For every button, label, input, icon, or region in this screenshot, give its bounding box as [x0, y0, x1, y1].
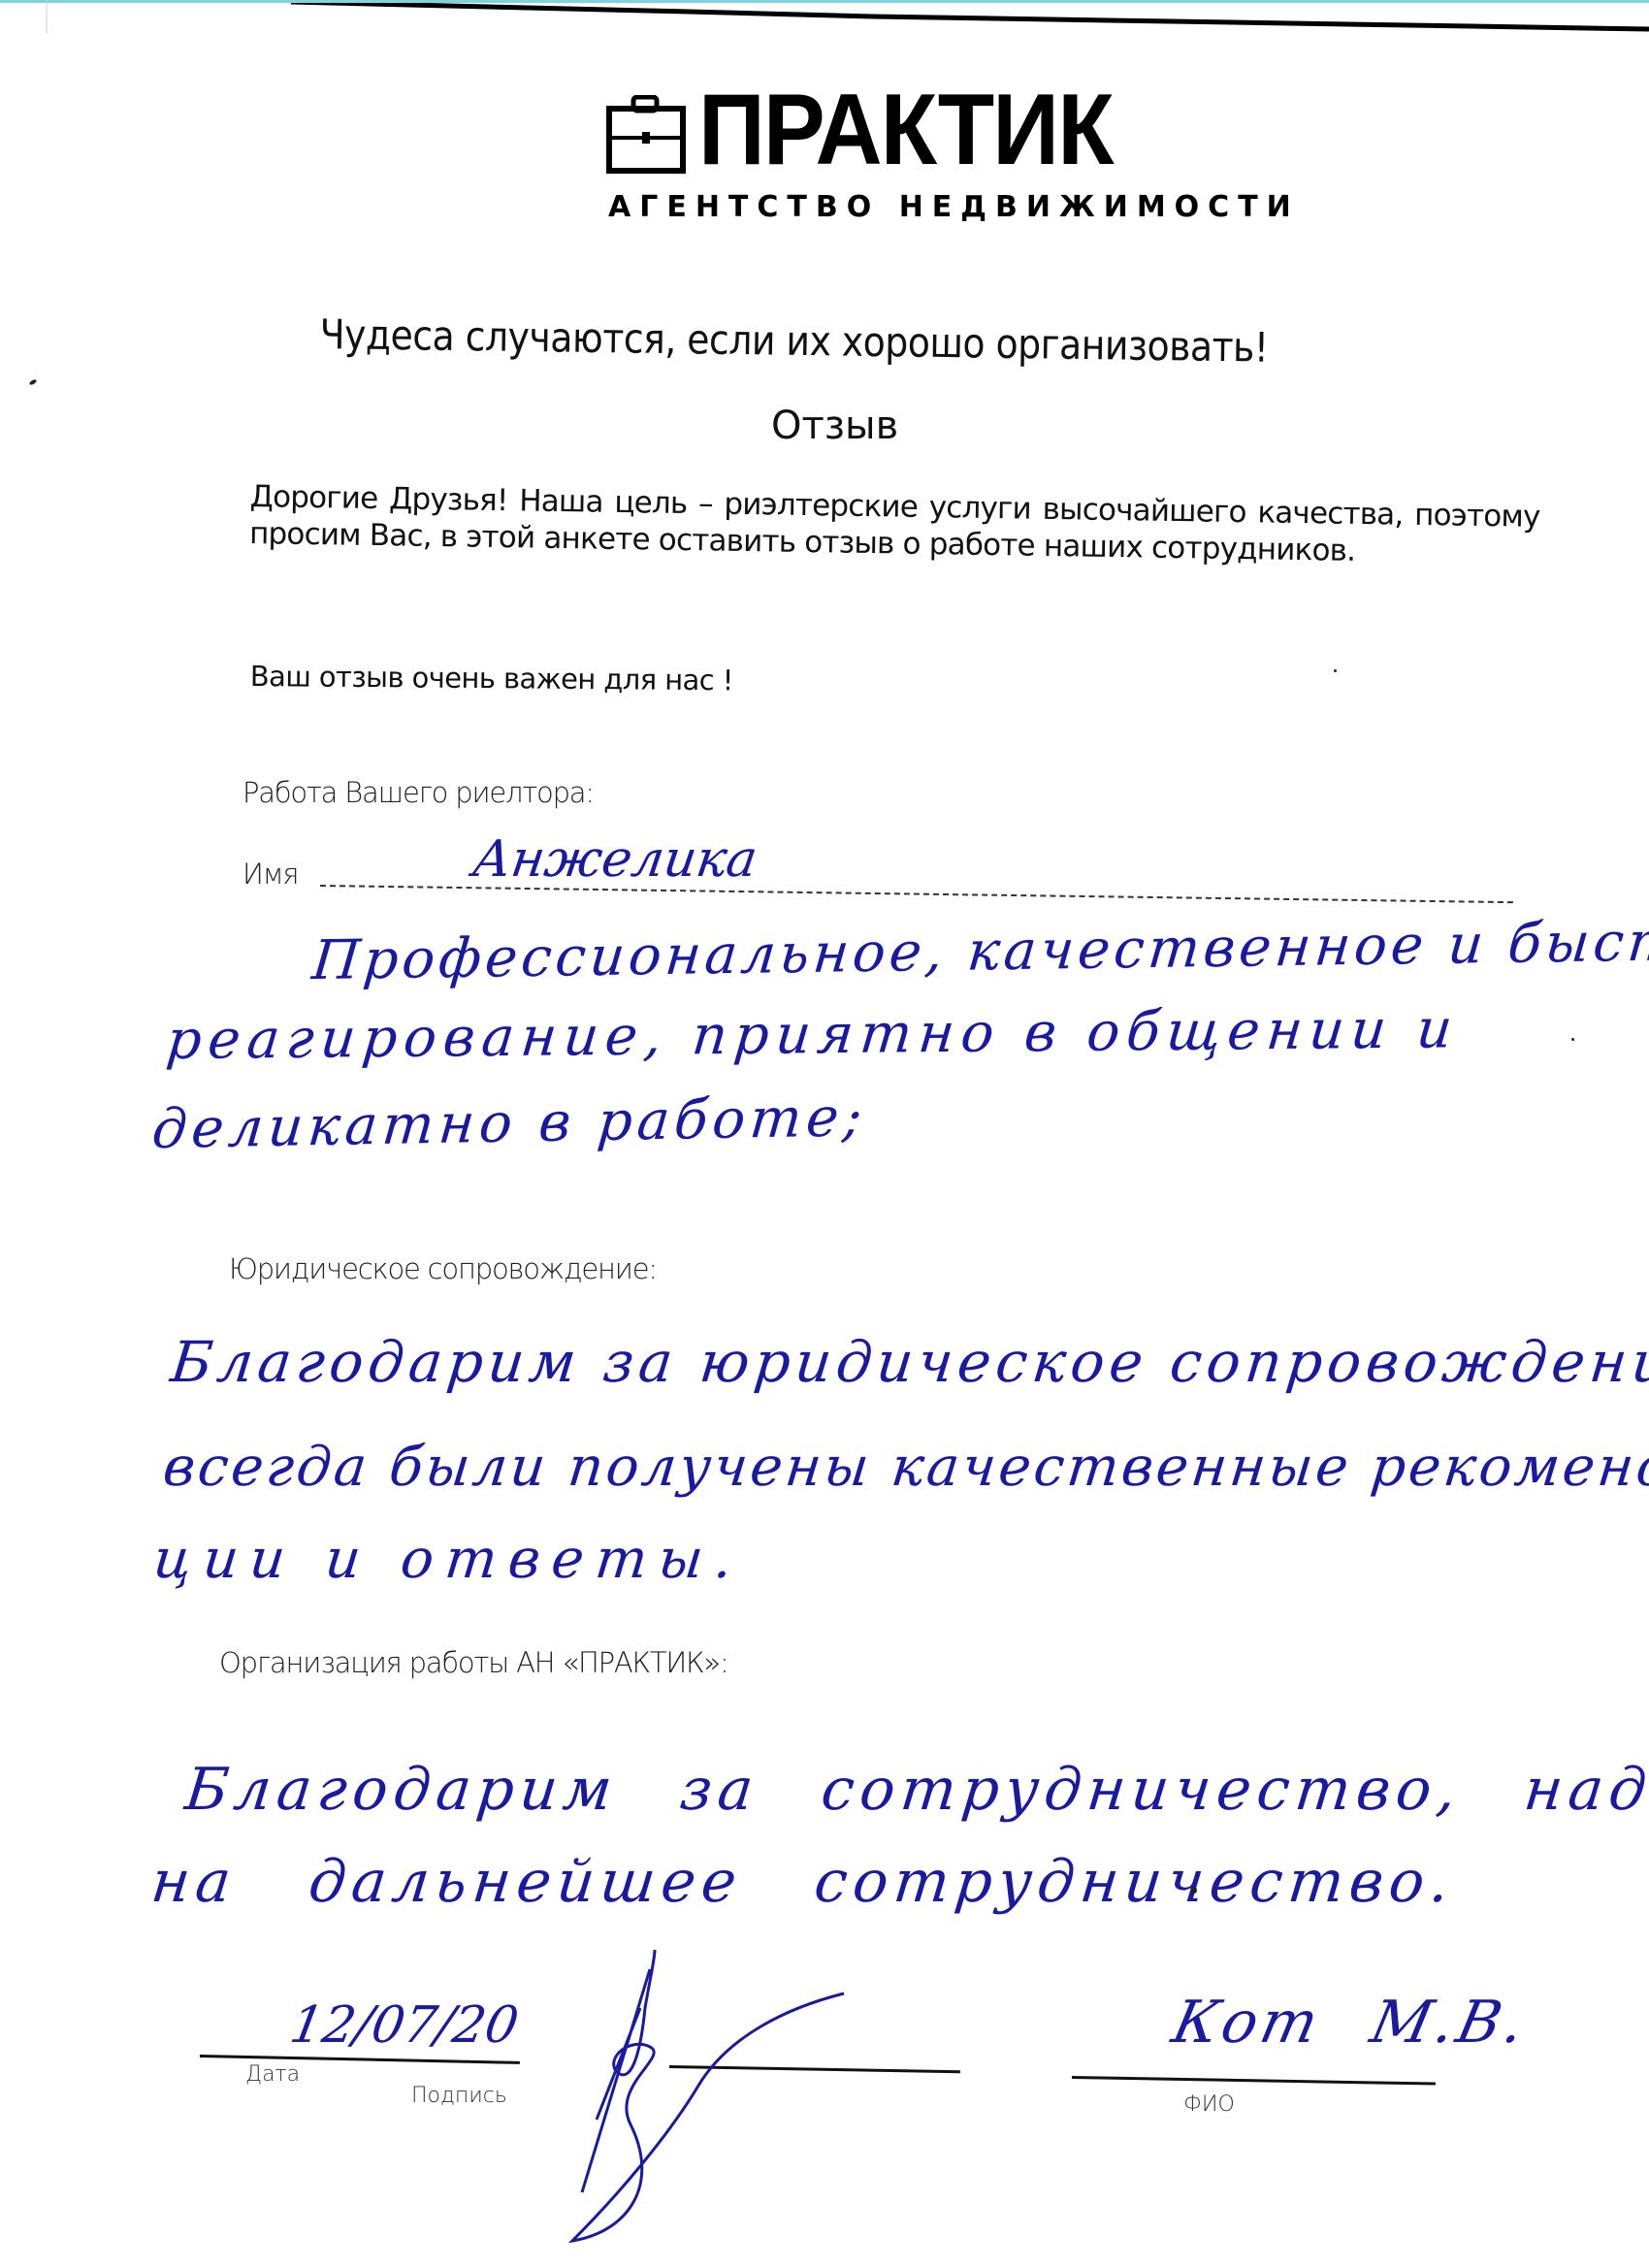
intro-emphasis: Ваш отзыв очень важен для нас !: [250, 660, 733, 697]
slogan: Чудеса случаются, если их хорошо организ…: [319, 310, 1513, 374]
realtor-section-label: Работа Вашего риелтора:: [242, 776, 594, 809]
legal-feedback-line-2: всегда были получены качественные рекоме…: [160, 1436, 1649, 1499]
organization-feedback-line-1: Благодарим за сотрудничество, надеемся: [182, 1756, 1649, 1824]
scan-speck: [29, 378, 38, 385]
handwritten-signature: [378, 1950, 960, 2260]
realtor-feedback-line-2: реагирование, приятно в общении и: [164, 997, 1462, 1072]
fio-value: Кот М.В.: [1167, 1989, 1535, 2057]
realtor-feedback-line-1: Профессиональное, качественное и быстрое: [309, 909, 1649, 992]
page-title: Отзыв: [771, 404, 898, 448]
logo-wordmark: ПРАКТИК: [698, 80, 1113, 180]
briefcase-icon: [606, 95, 686, 175]
fio-line: [1072, 2076, 1436, 2086]
realtor-name-value: Анжелика: [469, 830, 761, 889]
name-field-label: Имя: [242, 858, 298, 891]
intro-text: Дорогие Друзья! Наша цель – риэлтерские …: [249, 479, 1540, 568]
organization-section-label: Организация работы АН «ПРАКТИК»:: [219, 1646, 728, 1679]
scan-edge: [0, 0, 1649, 29]
date-label: Дата: [245, 2062, 300, 2087]
scan-speck: [1334, 669, 1337, 672]
scan-speck: [1571, 1038, 1574, 1041]
logo-subtitle: АГЕНТСТВО НЕДВИЖИМОСТИ: [608, 190, 1300, 224]
organization-feedback-line-2: на дальнейшее сотрудничество.: [148, 1848, 1458, 1916]
intro-paragraph: Дорогие Друзья! Наша цель – риэлтерские …: [249, 478, 1540, 572]
fio-label: ФИО: [1183, 2092, 1235, 2117]
legal-section-label: Юридическое сопровождение:: [229, 1252, 657, 1285]
realtor-feedback-line-3: деликатно в работе;: [149, 1085, 869, 1161]
scan-speck: [1191, 1887, 1197, 1894]
company-logo: ПРАКТИК АГЕНТСТВО НЕДВИЖИМОСТИ: [606, 85, 1208, 231]
legal-feedback-line-3: ции и ответы.: [150, 1528, 747, 1591]
legal-feedback-line-1: Благодарим за юридическое сопровождение,: [168, 1329, 1649, 1395]
